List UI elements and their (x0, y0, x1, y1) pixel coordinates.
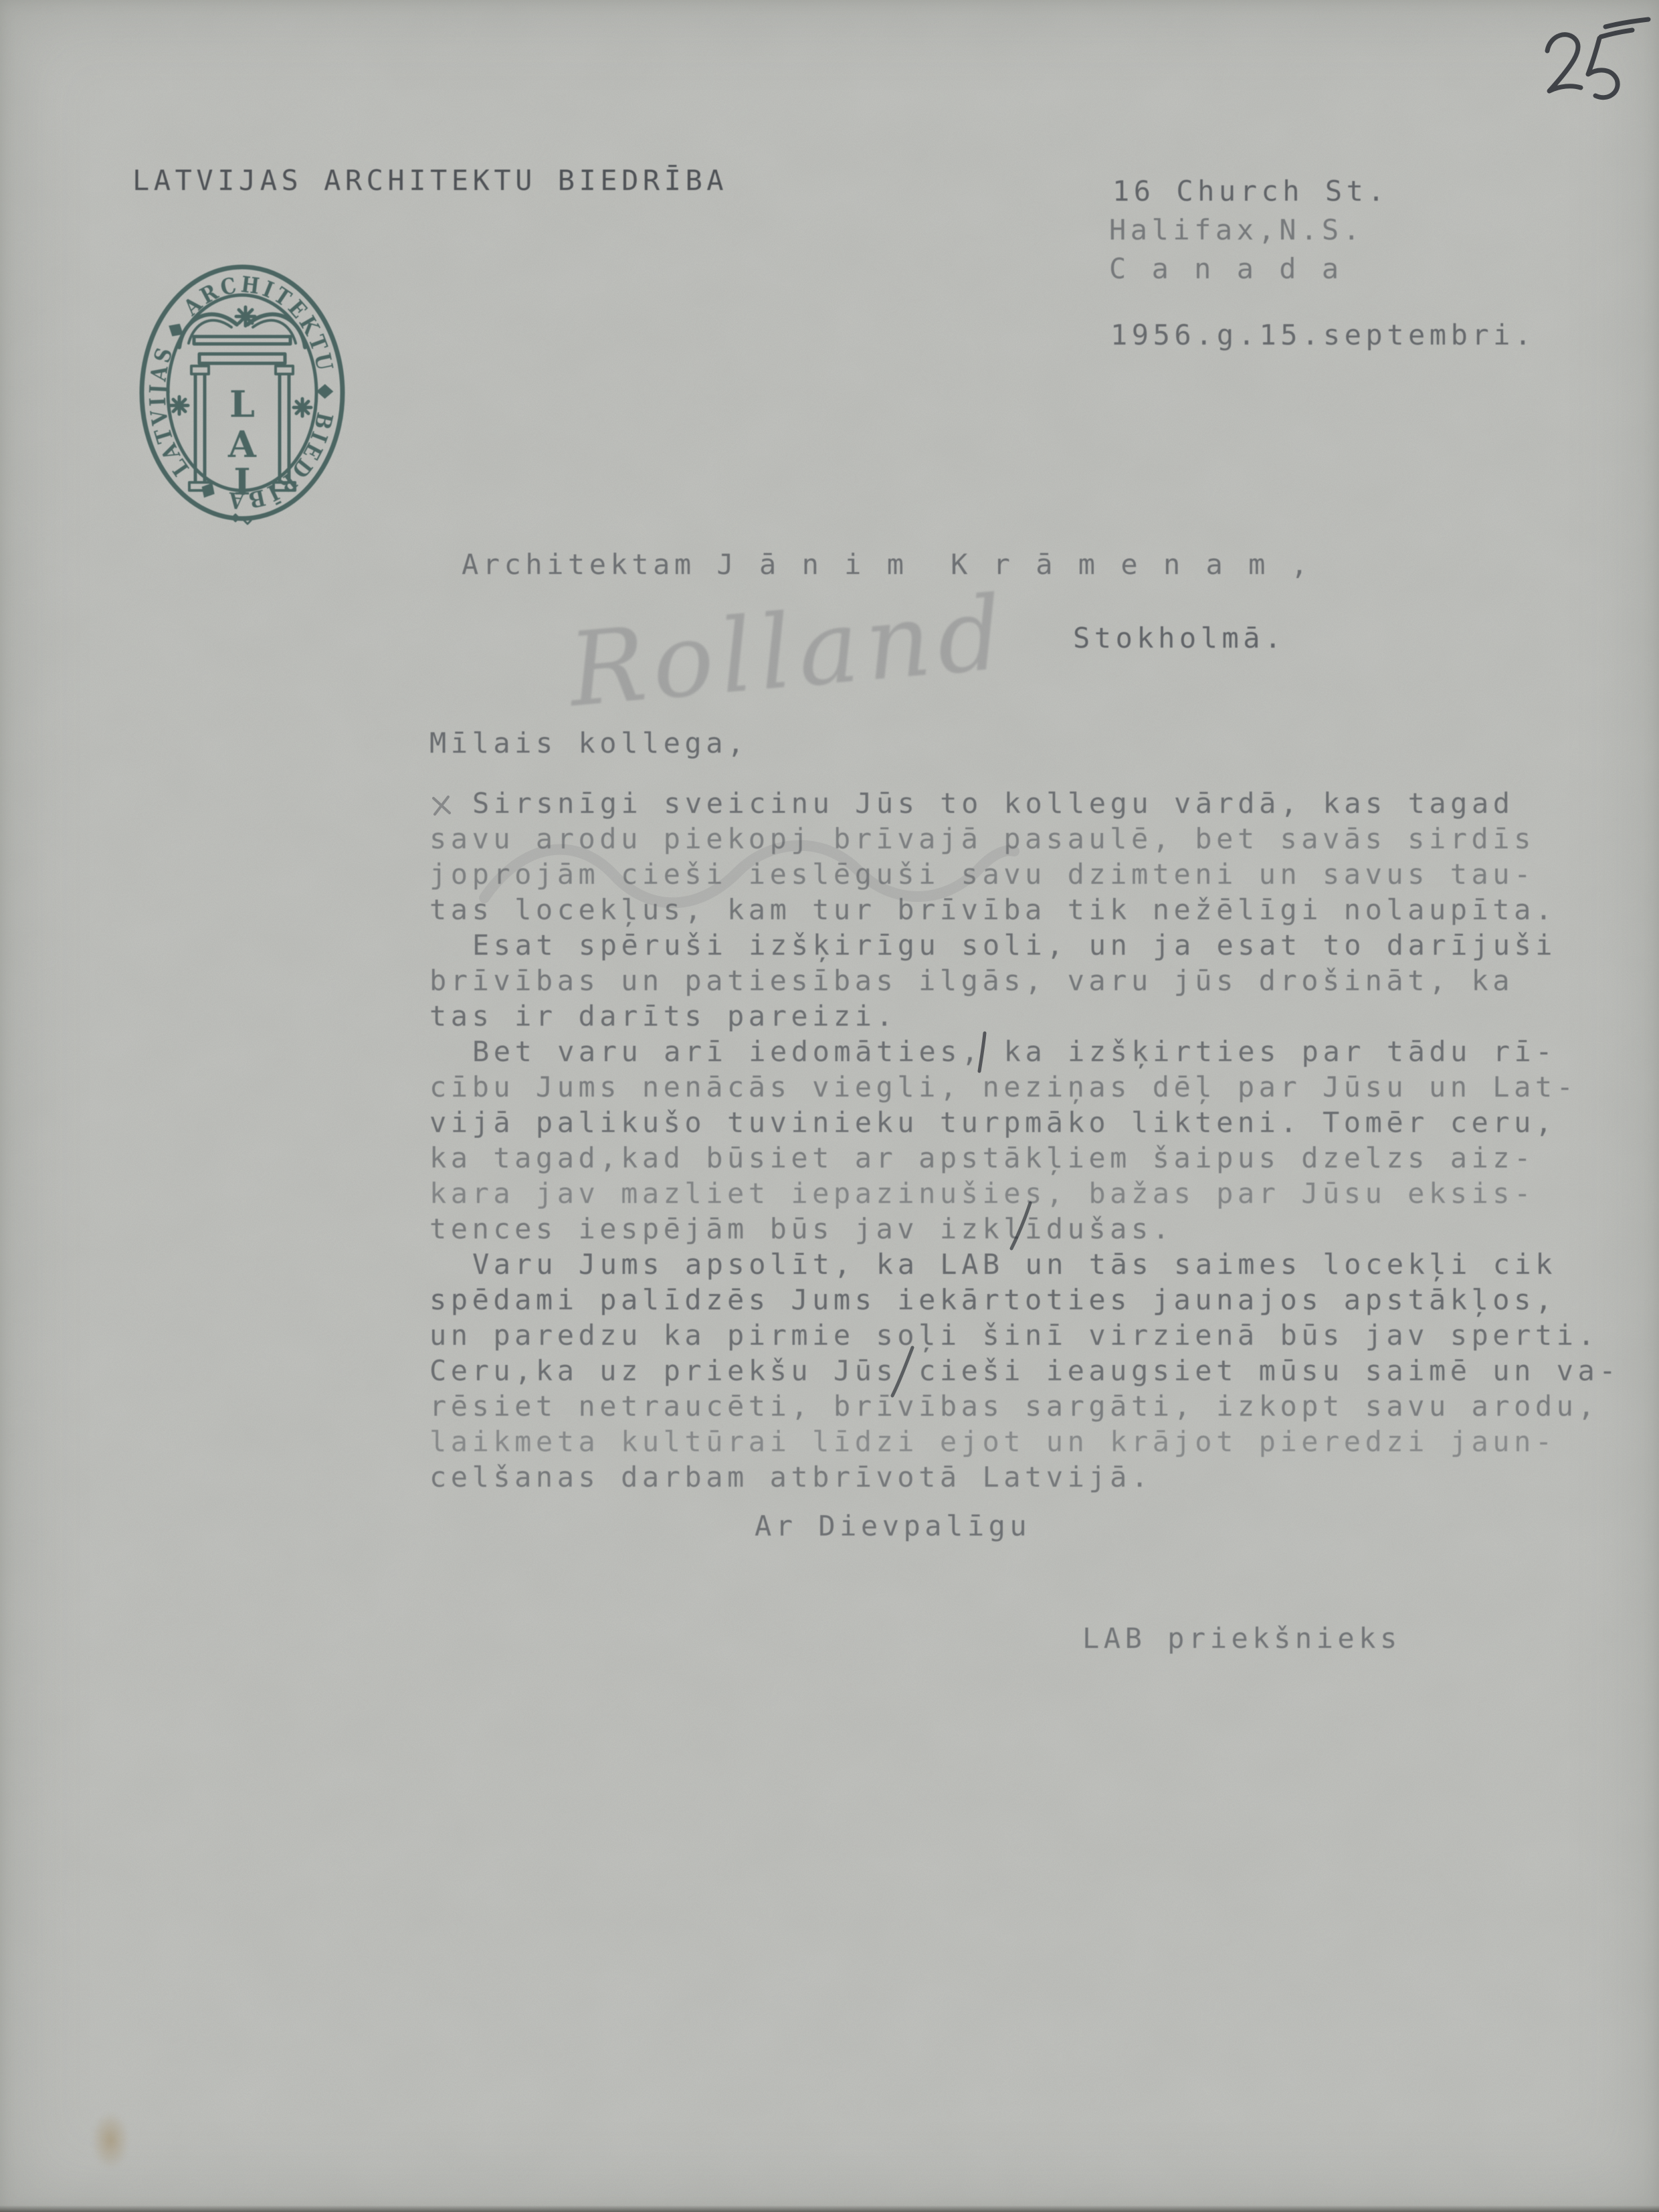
paper-stain (84, 2101, 136, 2180)
society-stamp-seal: LATVIJAS ◆ ARCHITEKTU ◆ BIEDRĪBA ◆ L A I (136, 262, 348, 529)
body-line: Bet varu arī iedomāties, ka izšķirties p… (429, 1034, 1620, 1069)
stamp-monogram-l: L (229, 383, 255, 426)
body-line: laikmeta kultūrai līdzi ejot un krājot p… (429, 1424, 1620, 1459)
body-line: joprojām cieši ieslēguši savu dzimteni u… (429, 856, 1620, 892)
body-line: savu arodu piekopj brīvajā pasaulē, bet … (429, 821, 1620, 856)
body-line: tences iespējām būs jav izklīdušas. (429, 1211, 1620, 1247)
closing-line: Ar Dievpalīgu (755, 1509, 1031, 1542)
stamp-monogram-i: I (233, 460, 250, 503)
body-line: celšanas darbam atbrīvotā Latvijā. (429, 1459, 1620, 1495)
body-line: Varu Jums apsolīt, ka LAB un tās saimes … (429, 1247, 1620, 1282)
body-line: ka tagad,kad būsiet ar apstākļiem šaipus… (429, 1140, 1620, 1176)
body-line: Ceru,ka uz priekšu Jūs cieši ieaugsiet m… (429, 1353, 1620, 1388)
sender-address-line-2: Halifax,N.S. (1109, 213, 1364, 246)
stamp-monogram-a: A (227, 423, 257, 466)
body-line: tas ir darīts pareizi. (429, 998, 1620, 1034)
body-line: kara jav mazliet iepazinušies, bažas par… (429, 1176, 1620, 1211)
signature-title: LAB priekšnieks (1082, 1622, 1401, 1655)
scan-edge-shadow (0, 2205, 1659, 2212)
sender-address-line-1: 16 Church St. (1112, 175, 1389, 207)
recipient-line: Architektam J ā n i m K r ā m e n a m , (462, 548, 1312, 581)
handwritten-name-overlay: Rolland (565, 573, 1014, 730)
letterhead-org-name: LATVIJAS ARCHITEKTU BIEDRĪBA (132, 164, 728, 197)
body-line: vijā palikušo tuvinieku turpmāko likteni… (429, 1105, 1620, 1140)
body-line: Esat spēruši izšķirīgu soli, un ja esat … (429, 927, 1620, 963)
body-line: spēdami palīdzēs Jums iekārtoties jaunaj… (429, 1282, 1620, 1317)
stamp-star-left (171, 397, 188, 414)
stamp-star-top (236, 307, 255, 326)
scanned-letter-page: LATVIJAS ARCHITEKTU BIEDRĪBA 16 Church S… (0, 0, 1659, 2212)
handwritten-page-number (1547, 19, 1648, 98)
recipient-city: Stokholmā. (1073, 622, 1286, 654)
sender-address-line-3: C a n a d a (1109, 252, 1343, 285)
body-line: tas locekļus, kam tur brīvība tik nežēlī… (429, 892, 1620, 927)
body-line: Sirsnīgi sveicinu Jūs to kollegu vārdā, … (429, 786, 1620, 821)
date-line: 1956.g.15.septembri. (1110, 318, 1536, 351)
salutation: Mīlais kollega, (429, 727, 749, 759)
body-line: brīvības un patiesības ilgās, varu jūs d… (429, 963, 1620, 998)
body-line: un paredzu ka pirmie soļi šinī virzienā … (429, 1317, 1620, 1353)
body-line: cību Jums nenācās viegli, neziņas dēļ pa… (429, 1069, 1620, 1105)
body-line: rēsiet netraucēti, brīvības sargāti, izk… (429, 1388, 1620, 1424)
letter-body: Sirsnīgi sveicinu Jūs to kollegu vārdā, … (429, 786, 1620, 1495)
stamp-star-right (294, 399, 311, 416)
